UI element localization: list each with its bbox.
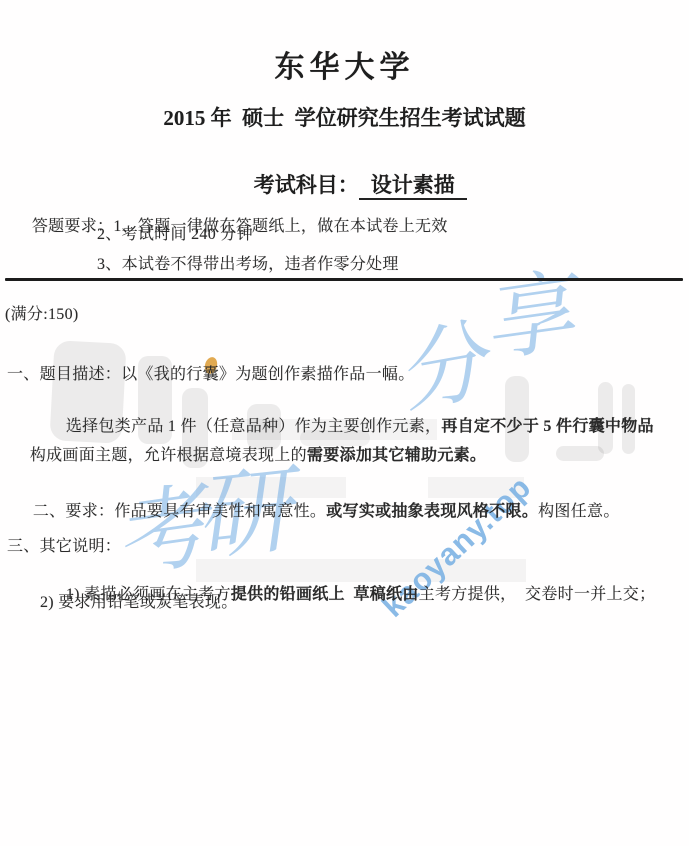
section3-item1-tail: 主考方提供， 交卷时一并上交； — [419, 586, 656, 603]
section3-item1-bold: 提供的铅画纸上 草稿纸由 — [231, 586, 419, 603]
exam-title: 2015 年 硕士 学位研究生招生考试试题 — [0, 102, 689, 132]
watermark-char-xiang: 享 — [473, 238, 580, 379]
score-note: (满分:150) — [5, 304, 79, 326]
header-divider-rule — [5, 278, 683, 281]
requirement-item-3: 3、本试卷不得带出考场，违者作零分处理 — [97, 254, 399, 276]
requirement-item-2: 2、考试时间 240 分钟 — [97, 224, 253, 246]
section3-title: 三、其它说明： — [7, 536, 121, 558]
section3-item2: 2) 要求用铅笔或炭笔表现。 — [40, 592, 238, 614]
section2-bold: 或写实或抽象表现风格不限。 — [326, 503, 538, 520]
university-title: 东华大学 — [0, 42, 689, 86]
section1-line3-bold: 需要添加其它辅助元素。 — [307, 447, 486, 464]
section1-line3-normal: 构成画面主题，允许根据意境表现上的 — [30, 447, 307, 464]
section1-title: 一、题目描述：以《我的行囊》为题创作素描作品一幅。 — [7, 364, 415, 386]
section2-normal: 二、要求：作品要具有审美性和寓意性。 — [33, 503, 326, 520]
exam-paper-page: 考 研 分 享 kaoyany.top 东华大学 2015 年 硕士 学位研究生… — [0, 0, 689, 846]
section2-tail: 构图任意。 — [538, 503, 620, 520]
